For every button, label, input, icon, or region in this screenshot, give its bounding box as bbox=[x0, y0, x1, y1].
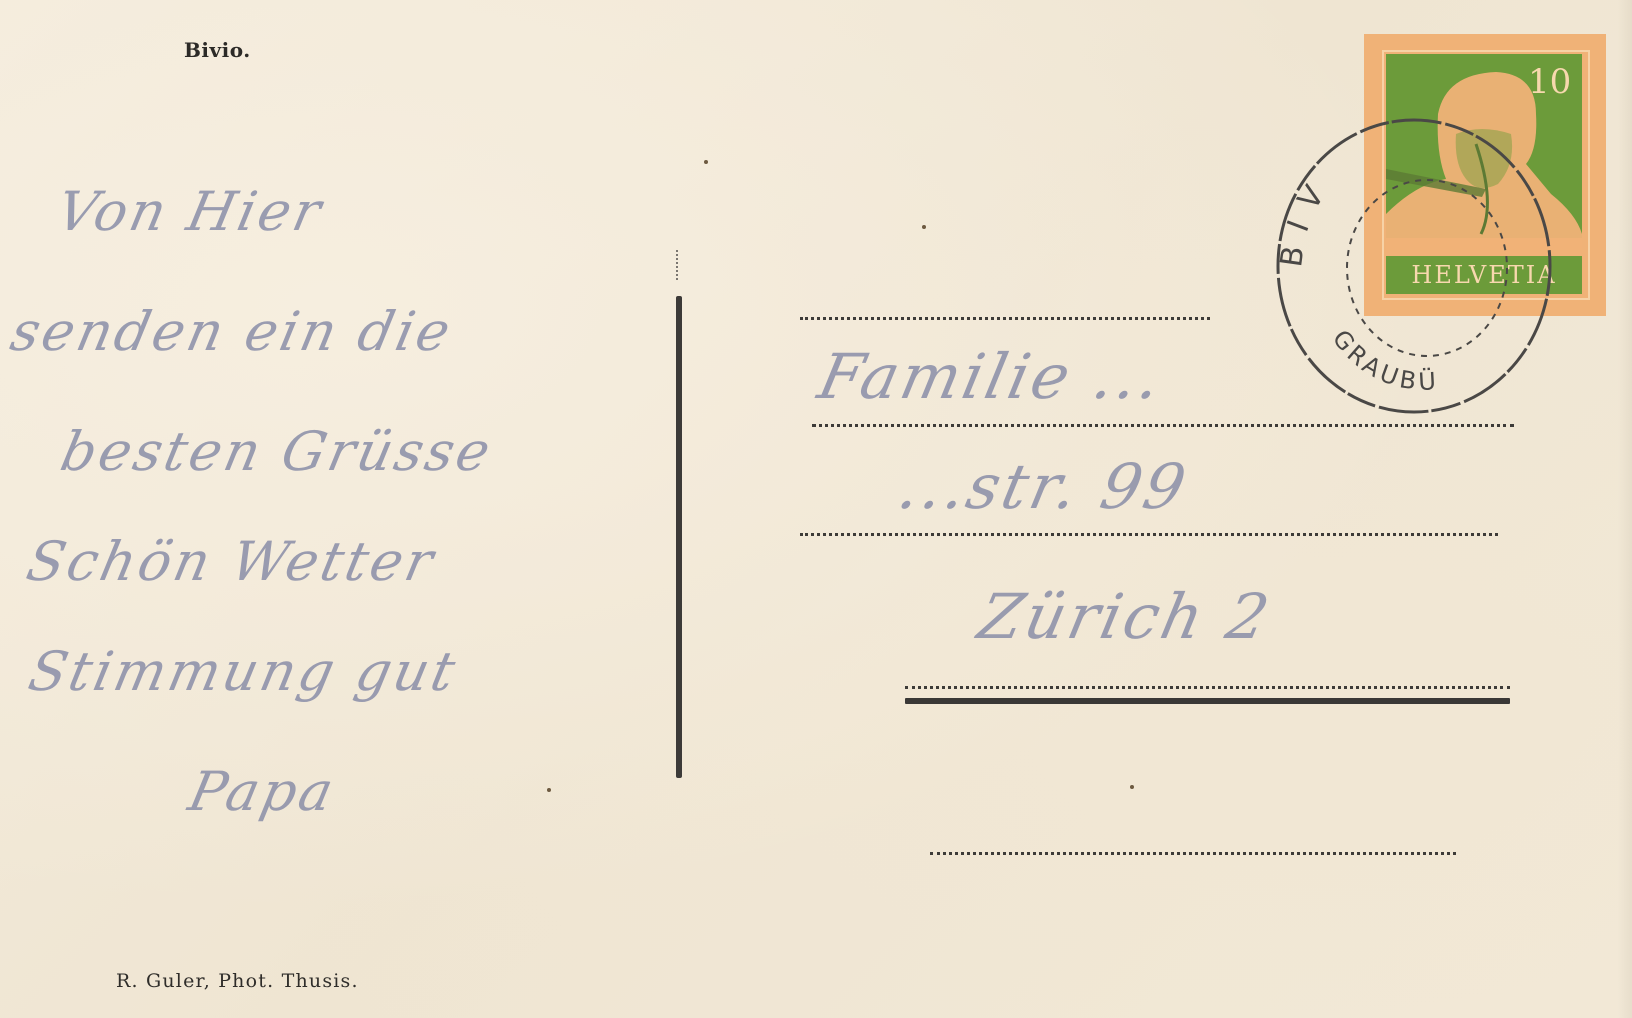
address-line-3 bbox=[800, 533, 1498, 536]
paper-speck bbox=[1130, 785, 1134, 789]
divider-tick bbox=[676, 250, 681, 280]
paper-speck bbox=[922, 225, 926, 229]
message-line: Stimmung gut bbox=[23, 640, 463, 703]
address-recipient: Familie ... bbox=[812, 340, 1170, 413]
address-underline bbox=[905, 698, 1510, 704]
address-city: Zürich 2 bbox=[972, 580, 1278, 653]
address-line-1 bbox=[800, 317, 1210, 320]
publisher-credit: R. Guler, Phot. Thusis. bbox=[116, 970, 359, 992]
message-line: Schön Wetter bbox=[21, 530, 441, 593]
paper-speck bbox=[547, 788, 551, 792]
center-divider bbox=[676, 296, 682, 778]
postmark-icon: BIV GRAUBÜ bbox=[1262, 108, 1562, 418]
message-line: Von Hier bbox=[51, 180, 329, 243]
paper-speck bbox=[704, 160, 708, 164]
place-title: Bivio. bbox=[184, 38, 251, 62]
message-line: besten Grüsse bbox=[55, 420, 498, 483]
address-line-4 bbox=[905, 686, 1510, 689]
stamp-value: 10 bbox=[1528, 62, 1571, 102]
postcard-back: Bivio. Von Hier senden ein die besten Gr… bbox=[0, 0, 1632, 1018]
address-street: ...str. 99 bbox=[892, 450, 1195, 523]
signature: Papa bbox=[183, 760, 341, 823]
postmark-top-text: BIV bbox=[1274, 168, 1340, 269]
address-line-5 bbox=[930, 852, 1456, 855]
postmark-bottom-text: GRAUBÜ bbox=[1327, 325, 1441, 396]
message-line: senden ein die bbox=[5, 300, 458, 363]
address-line-2 bbox=[812, 424, 1514, 427]
svg-text:GRAUBÜ: GRAUBÜ bbox=[1327, 325, 1441, 396]
svg-text:BIV: BIV bbox=[1274, 168, 1340, 269]
